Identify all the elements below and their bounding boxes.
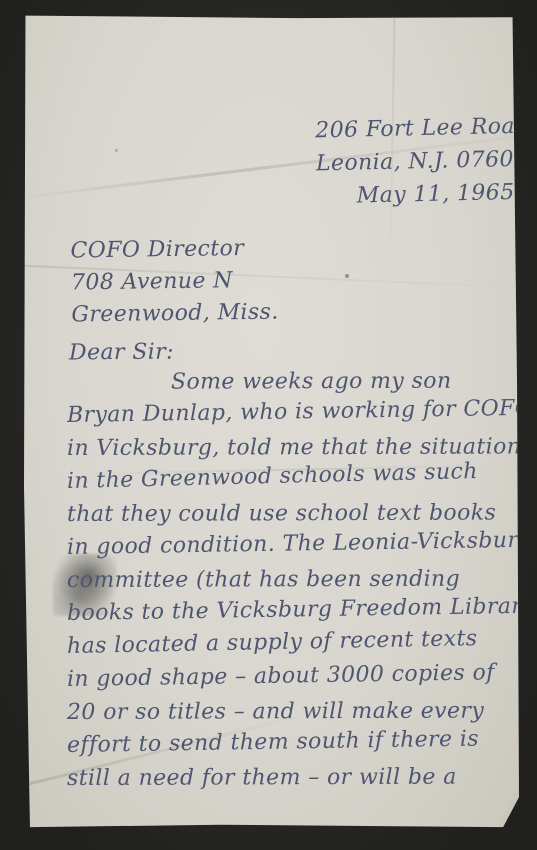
letter-date: May 11, 1965 [356,176,531,213]
recipient-line: 708 Avenue N [71,265,279,300]
sender-address-block: 206 Fort Lee Road Leonia, N.J. 07605 May… [315,110,531,214]
recipient-line: Greenwood, Miss. [71,297,279,332]
body-line: still a need for them – or will be a [67,760,507,795]
body-line: in good shape – about 3000 copies of [67,656,507,696]
body-line: in good condition. The Leonia-Vicksburg [67,524,507,564]
body-line: Bryan Dunlap, who is working for COFO [67,392,507,432]
body-line: effort to send them south if there is [67,722,507,762]
recipient-line: COFO Director [70,233,278,268]
recipient-address-block: COFO Director 708 Avenue N Greenwood, Mi… [70,233,279,332]
sender-address-line: Leonia, N.J. 07605 [316,143,531,181]
sender-address-line: 206 Fort Lee Road [315,110,530,148]
paper-speck [115,149,118,152]
paper-speck [345,274,349,278]
letter-body: Some weeks ago my son Bryan Dunlap, who … [67,366,507,795]
scan-background: 206 Fort Lee Road Leonia, N.J. 07605 May… [0,0,537,850]
letter-page: 206 Fort Lee Road Leonia, N.J. 07605 May… [23,14,519,828]
salutation: Dear Sir: [69,336,174,370]
